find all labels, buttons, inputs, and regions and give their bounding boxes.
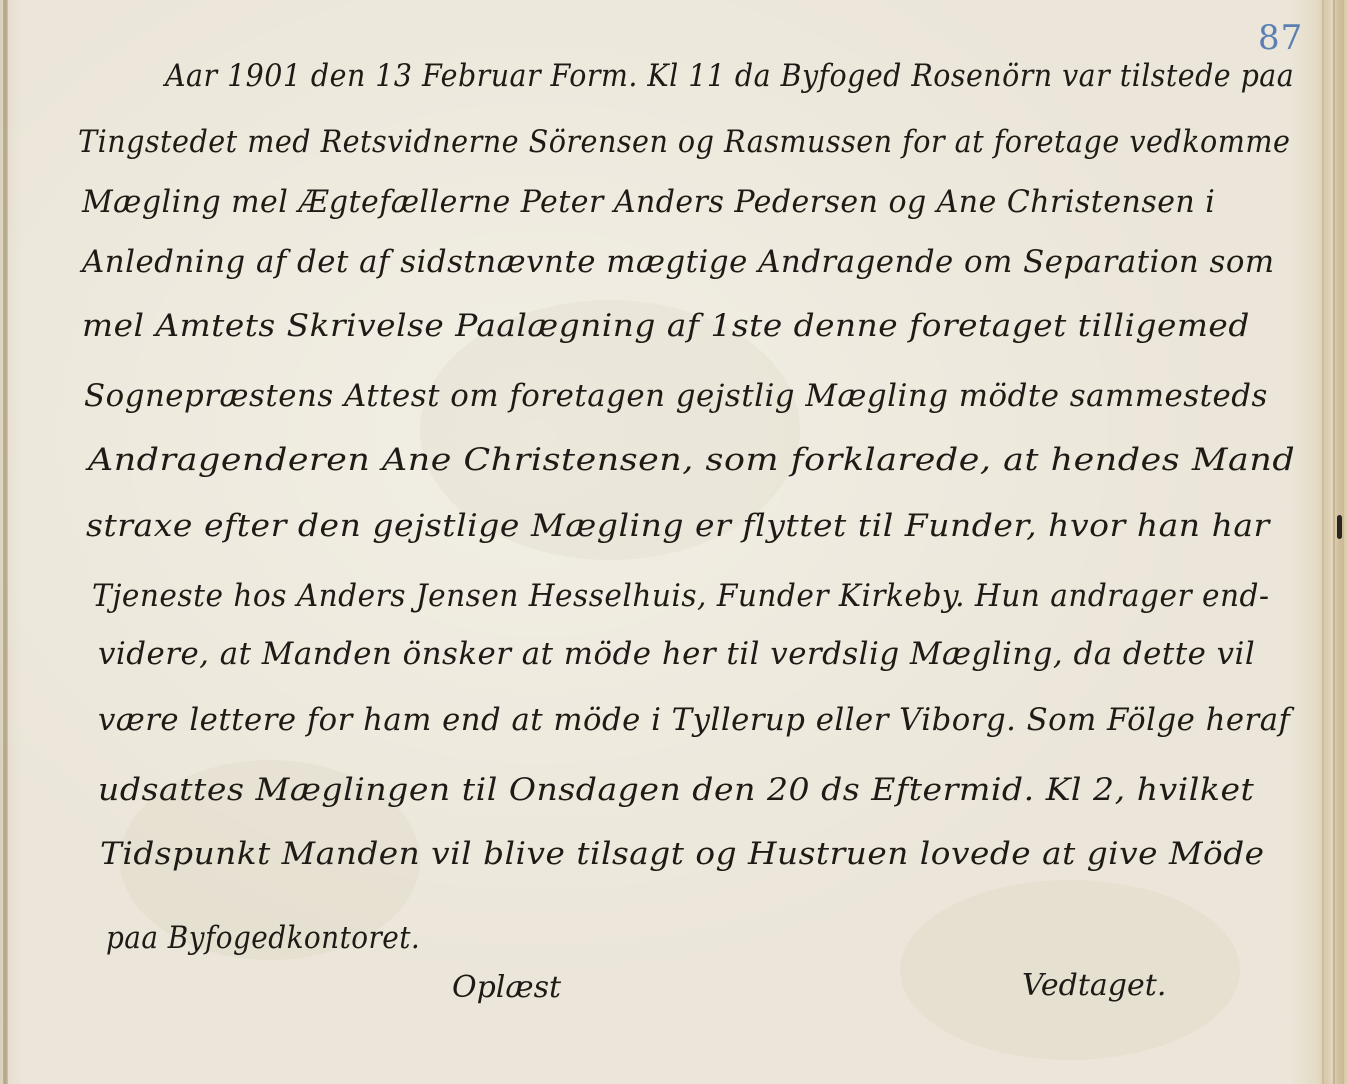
text-line-1: Aar 1901 den 13 Februar Form. Kl 11 da B… (165, 58, 1294, 94)
text-line-13: Tidspunkt Manden vil blive tilsagt og Hu… (100, 836, 1265, 872)
text-line-12: udsattes Mæglingen til Onsdagen den 20 d… (98, 772, 1254, 808)
text-line-6: Sognepræstens Attest om foretagen gejstl… (84, 378, 1268, 414)
text-line-5: mel Amtets Skrivelse Paalægning af 1ste … (82, 308, 1250, 344)
signature-left: Oplæst (452, 970, 561, 1005)
text-line-4: Anledning af det af sidstnævnte mægtige … (82, 244, 1275, 280)
text-line-11: være lettere for ham end at möde i Tylle… (98, 702, 1290, 738)
text-line-14: paa Byfogedkontoret. (106, 920, 420, 956)
handwritten-text-body: Aar 1901 den 13 Februar Form. Kl 11 da B… (0, 0, 1348, 1084)
text-line-7: Andragenderen Ane Christensen, som forkl… (88, 442, 1295, 478)
text-line-3: Mægling mel Ægtefællerne Peter Anders Pe… (82, 184, 1215, 220)
text-line-9: Tjeneste hos Anders Jensen Hesselhuis, F… (92, 578, 1269, 614)
text-line-2: Tingstedet med Retsvidnerne Sörensen og … (78, 124, 1290, 160)
text-line-10: videre, at Manden önsker at möde her til… (98, 636, 1255, 672)
ledger-page: 87 Aar 1901 den 13 Februar Form. Kl 11 d… (0, 0, 1348, 1084)
signature-right: Vedtaget. (1022, 968, 1166, 1003)
text-line-8: straxe efter den gejstlige Mægling er fl… (86, 508, 1270, 544)
